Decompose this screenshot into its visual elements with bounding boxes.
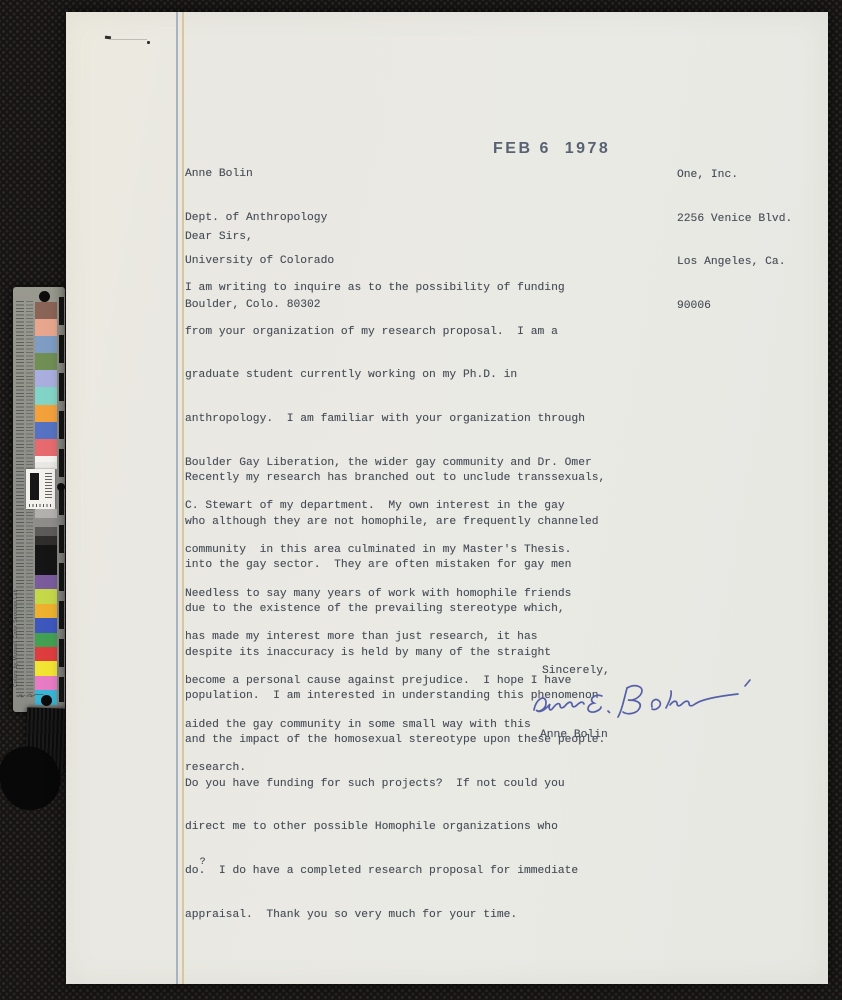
density-scale-text [45, 473, 52, 500]
recipient-line: Los Angeles, Ca. [677, 255, 792, 270]
strip-label: Colors by Munsell Color Services Lab [13, 537, 20, 687]
body-line: direct me to other possible Homophile or… [185, 820, 605, 835]
strip-tick-marks [59, 297, 64, 702]
pen-mark [105, 36, 111, 39]
handwritten-signature [524, 674, 764, 728]
margin-line-blue [176, 12, 178, 984]
strip-patch-column-lower [35, 509, 57, 705]
body-line: into the gay sector. They are often mist… [185, 558, 605, 573]
pen-mark [147, 41, 150, 44]
body-line: I am writing to inquire as to the possib… [185, 281, 592, 296]
black-patch [35, 545, 57, 575]
body-line: due to the existence of the prevailing s… [185, 602, 605, 617]
color-patch [35, 575, 57, 589]
gray-patch [35, 518, 57, 527]
strip-registration-dot [57, 483, 65, 491]
body-line: graduate student currently working on my… [185, 368, 592, 383]
color-patch [35, 370, 57, 387]
signature-strokes [534, 680, 750, 717]
gray-patch [35, 509, 57, 518]
sender-line: Dept. of Anthropology [185, 211, 334, 226]
body-line: despite its inaccuracy is held by many o… [185, 646, 605, 661]
density-ticks [29, 504, 52, 507]
color-patch [35, 589, 57, 603]
gray-patch [35, 536, 57, 545]
body-line-with-correction: do.? I do have a completed research prop… [185, 864, 605, 879]
density-bar [30, 473, 39, 500]
typed-correction: .? [199, 864, 206, 879]
color-patch [35, 302, 57, 319]
color-patch [35, 422, 57, 439]
strip-hole [41, 695, 52, 706]
body-line: Do you have funding for such projects? I… [185, 777, 605, 792]
color-patch [35, 661, 57, 675]
color-patch [35, 647, 57, 661]
photo-background: Colors by Munsell Color Services Lab [0, 0, 842, 1000]
body-line: from your organization of my research pr… [185, 325, 592, 340]
salutation: Dear Sirs, [185, 230, 253, 245]
color-patch [35, 387, 57, 404]
body-line: Recently my research has branched out to… [185, 471, 605, 486]
do-word: do [185, 865, 199, 877]
body-line: who although they are not homophile, are… [185, 515, 605, 530]
color-patch [35, 618, 57, 632]
color-patch [35, 439, 57, 456]
letter-page: Anne Bolin Dept. of Anthropology Univers… [66, 12, 828, 984]
strip-density-chart [26, 469, 55, 509]
color-patch [35, 604, 57, 618]
recipient-address: One, Inc. 2256 Venice Blvd. Los Angeles,… [677, 139, 792, 343]
sender-line: Anne Bolin [185, 167, 334, 182]
strip-patch-column [35, 302, 57, 469]
body-line: appraisal. Thank you so very much for yo… [185, 908, 605, 923]
color-patch [35, 676, 57, 690]
line-rest: I do have a completed research proposal … [205, 865, 578, 877]
margin-line-tan [182, 12, 184, 984]
color-patch [35, 319, 57, 336]
body-line: anthropology. I am familiar with your or… [185, 412, 592, 427]
inserted-question-mark: ? [200, 856, 206, 871]
gray-patch [35, 527, 57, 536]
color-patch [35, 336, 57, 353]
color-patch [35, 633, 57, 647]
received-date-stamp: FEB 6 1978 [493, 140, 610, 158]
strip-hole [39, 291, 50, 302]
color-patch [35, 405, 57, 422]
gray-patch [35, 462, 57, 469]
typed-signature-name: Anne Bolin [540, 728, 608, 743]
color-calibration-strip: Colors by Munsell Color Services Lab [13, 287, 65, 712]
color-patch [35, 353, 57, 370]
recipient-line: 2256 Venice Blvd. [677, 212, 792, 227]
recipient-line: 90006 [677, 299, 792, 314]
pen-mark [111, 39, 147, 40]
recipient-line: One, Inc. [677, 168, 792, 183]
